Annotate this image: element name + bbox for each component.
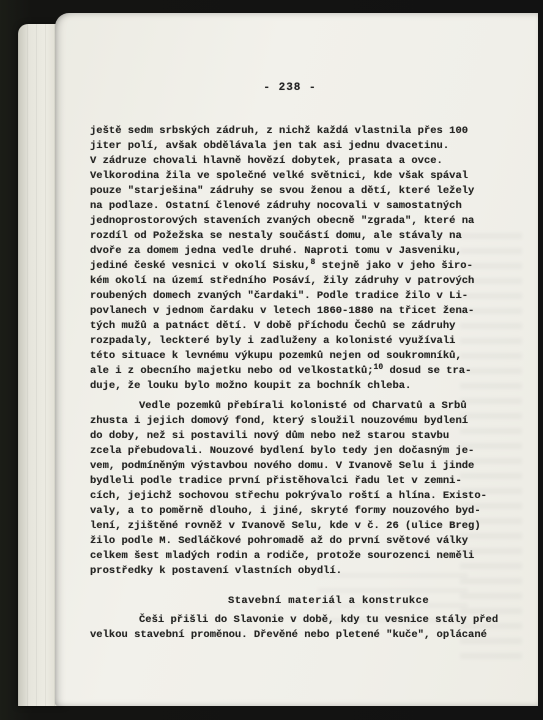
- text-line: tých mužů a patnáct dětí. V době příchod…: [90, 319, 494, 334]
- text-line: cích, jejichž sochovou střechu pokrývalo…: [90, 489, 494, 504]
- text-line: Velkorodina žila ve společné velké světn…: [90, 169, 494, 184]
- text-line: Češi přišli do Slavonie v době, kdy tu v…: [90, 613, 494, 628]
- page-number: - 238 -: [90, 82, 490, 94]
- text-block: ještě sedm srbských zádruh, z nichž každ…: [90, 124, 494, 643]
- text-line: do doby, než si postavili nový dům nebo …: [90, 429, 494, 444]
- paragraph: Češi přišli do Slavonie v době, kdy tu v…: [90, 613, 494, 643]
- text-line: jiter polí, avšak obdělávala jen tak asi…: [90, 139, 494, 154]
- text-line: této situace k levnému výkupu pozemků ne…: [90, 349, 494, 364]
- text-line: rozdíl od Požežska se nestaly součástí d…: [90, 229, 494, 244]
- text-line: zcela přebudovali. Nouzové bydlení bylo …: [90, 444, 494, 459]
- paragraph: ještě sedm srbských zádruh, z nichž každ…: [90, 124, 494, 394]
- text-line: V zádruze chovali hlavně hovězí dobytek,…: [90, 154, 494, 169]
- document-page: - 238 - ještě sedm srbských zádruh, z ni…: [55, 13, 538, 706]
- text-line: jediné české vesnici v okolí Sisku,8 ste…: [90, 259, 494, 274]
- text-line: ještě sedm srbských zádruh, z nichž každ…: [90, 124, 494, 139]
- text-line: bydleli podle tradice první přistěhovalc…: [90, 474, 494, 489]
- text-line: povlanech v jednom čardaku v letech 1860…: [90, 304, 494, 319]
- text-line: ale i z obecního majetku nebo od velkost…: [90, 364, 494, 379]
- text-line: velkou stavební proměnou. Dřevěné nebo p…: [90, 628, 494, 643]
- text-line: žilo podle M. Sedláčkové pohromadě až do…: [90, 534, 494, 549]
- text-line: jednoprostorových staveních zvaných obec…: [90, 214, 494, 229]
- section-heading: Stavební materiál a konstrukce: [228, 594, 494, 609]
- text-line: prostředky k postavení vlastních obydlí.: [90, 564, 494, 579]
- text-line: duje, že louku bylo možno koupit za boch…: [90, 379, 494, 394]
- text-line: pouze "starješina" zádruhy se svou ženou…: [90, 184, 494, 199]
- text-line: dvoře za domem jedna vedle druhé. Naprot…: [90, 244, 494, 259]
- text-line: rozpadaly, leckteré byly i zadluženy a k…: [90, 334, 494, 349]
- text-line: vem, podmíněným výstavbou nového domu. V…: [90, 459, 494, 474]
- scanner-background: - 238 - ještě sedm srbských zádruh, z ni…: [0, 0, 543, 720]
- text-line: valy, a to poměrně dlouho, i jiné, skryt…: [90, 504, 494, 519]
- text-line: roubených domech zvaných "čardaki". Podl…: [90, 289, 494, 304]
- text-line: na podlaze. Ostatní členové zádruhy noco…: [90, 199, 494, 214]
- text-line: kém okolí na území středního Posáví, žil…: [90, 274, 494, 289]
- text-line: lení, zjištěné rovněž v Ivanově Selu, kd…: [90, 519, 494, 534]
- text-line: zhusta i jejich domový fond, který slouž…: [90, 414, 494, 429]
- paragraph: Vedle pozemků přebírali kolonisté od Cha…: [90, 399, 494, 579]
- text-line: celkem šest mladých rodin a rodiče, prot…: [90, 549, 494, 564]
- text-line: Vedle pozemků přebírali kolonisté od Cha…: [90, 399, 494, 414]
